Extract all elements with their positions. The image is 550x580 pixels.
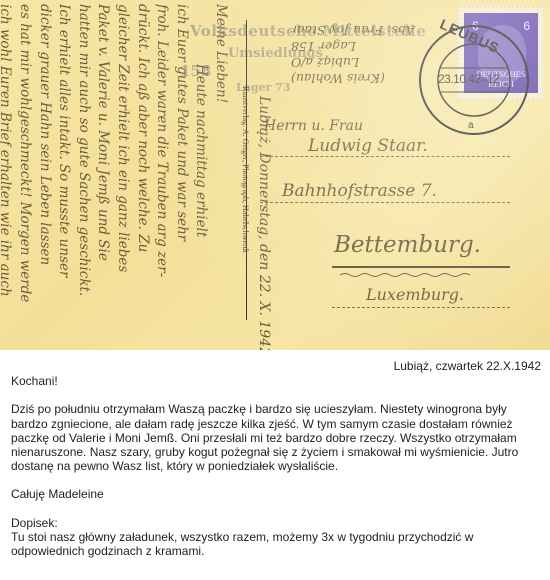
message-line: gleicher Zeit erhielt ich ein ganz liebe… [112,4,132,349]
signoff: Całuję Madeleine [11,487,541,501]
address-rule [260,202,510,203]
message-line: ich Euer gutes Paket und war sehr [171,4,191,349]
address-rule [332,307,510,308]
message-line: Ich erhielt alles intakt. So musste unse… [54,4,74,349]
letter-body: Dziś po południu otrzymałam Waszą paczkę… [11,402,541,473]
body-line: Dziś po południu otrzymałam Waszą paczkę… [11,402,541,416]
message-line: drückt. Ich aß aber noch welche. Zu [132,4,152,349]
message-line: dicker grauer Hahn sein Leben lassen [34,4,54,349]
transcription: Lubiąż, czwartek 22.X.1942 Kochani! Dziś… [11,356,541,558]
postscript-label: Dopisek: [11,516,541,530]
address-street: Bahnhofstrasse 7. [282,181,437,201]
postscript-line: Tu stoi nasz główny załadunek, wszystko … [11,530,541,544]
body-line: paczkę od Valerie i Moni Jemß. Oni przes… [11,431,541,445]
message-line: Paket v. Valerie u. Moni Jemß und Sie [93,4,113,349]
message-line: ich wohl Euren Brief erhalten wie ihr au… [0,4,14,349]
wavy-underline [340,272,470,278]
postcard-image: Meine Lieben! Heute nachmittag erhielt i… [0,0,550,350]
message-date: Lubiąż, Donnerstag, den 22. X. 1942. [256,96,272,350]
place-date: Lubiąż, czwartek 22.X.1942 [11,359,541,373]
postscript: Tu stoi nasz główny załadunek, wszystko … [11,530,541,558]
body-line: bardzo zgniecione, ale dałam radę jeszcz… [11,417,541,431]
address-country: Luxemburg. [366,285,464,304]
postmark-code: a [468,120,474,131]
message-line: hatten mir auch so gute Sachen geschickt… [73,4,93,349]
address-rule [260,156,510,157]
address-rule [332,266,510,268]
body-line: nienaruszone. Nasz szary, gruby kogut po… [11,445,541,459]
address-salutation: Herrn u. Frau [264,118,363,134]
address-name: Ludwig Staar. [308,136,428,156]
postmark-date: 23.10.42–12 [438,72,499,86]
greeting: Kochani! [11,374,541,388]
message-line: es hat mir wohlgeschmeckt! Morgen werde [14,4,34,349]
publisher-imprint: Kunstverlag: A. Geiger, Photograph, Habe… [241,86,250,326]
address-city: Bettemburg. [334,232,481,258]
body-line: dostanę na pewno Wasz list, który w poni… [11,459,541,473]
message-line: froh. Leider waren die Trauben arg zer- [152,4,172,349]
postscript-line: odpowiednich godzinach z kramami. [11,544,541,558]
